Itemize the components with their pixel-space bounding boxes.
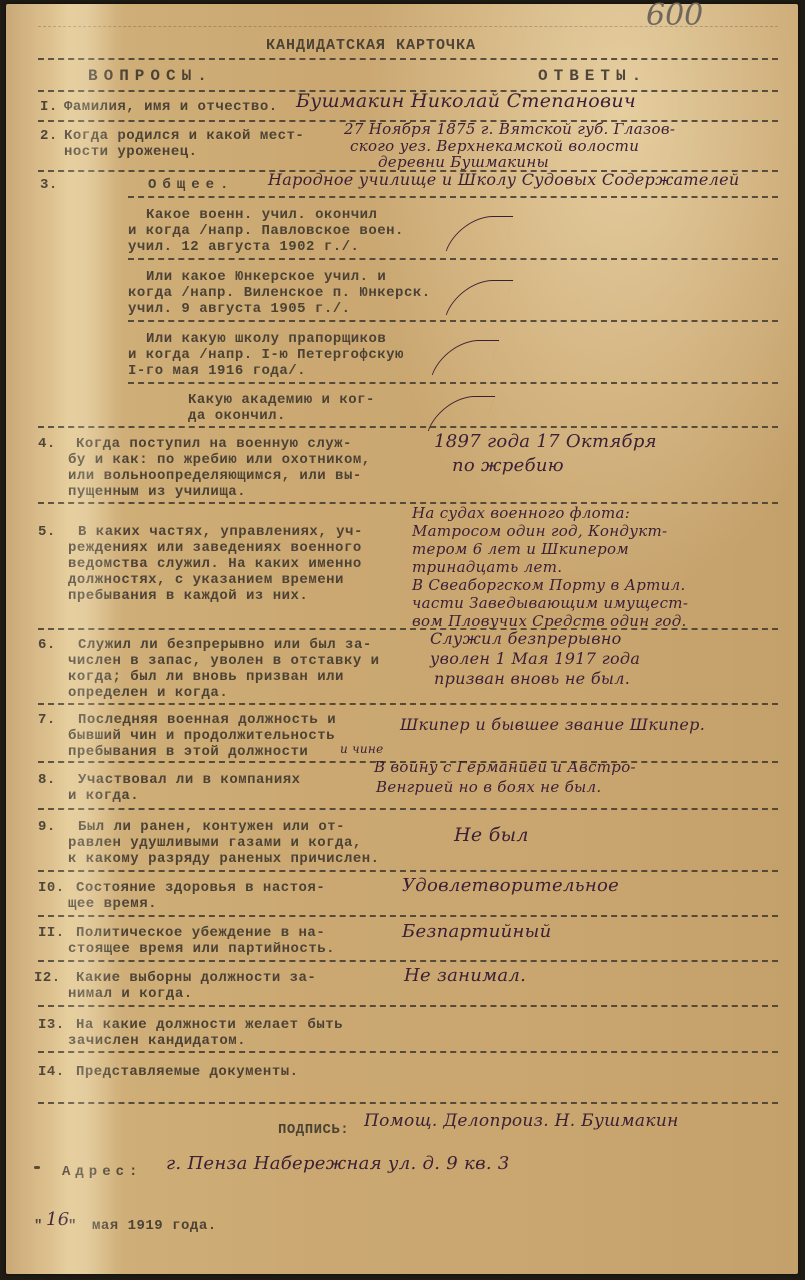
divider (38, 1005, 778, 1007)
item-3-question: Общее. (148, 177, 234, 193)
item-6-question-line: Служил ли безпрерывно или был за- (78, 637, 372, 653)
item-7-number: 7. (38, 712, 56, 728)
item-11-answer: Безпартийный (402, 922, 552, 941)
item-3b-question-line: Или какое Юнкерское учил. и (146, 269, 386, 285)
item-5-question-line: должностях, с указанием времени (68, 572, 344, 588)
item-8-question-line: Участвовал ли в компаниях (78, 772, 301, 788)
item-3-number: 3. (40, 177, 58, 193)
item-3a-question-line: учил. 12 августа 1902 г./. (128, 239, 359, 255)
item-14-question: Представляемые документы. (76, 1064, 299, 1080)
folio-number: 600 (646, 0, 703, 33)
item-5-number: 5. (38, 524, 56, 540)
item-4-answer-line: по жребию (452, 456, 564, 475)
divider (38, 808, 778, 810)
item-5-question-line: В каких частях, управлениях, уч- (78, 524, 363, 540)
divider (38, 915, 778, 917)
item-10-question-line: щее время. (68, 896, 157, 912)
item-9-number: 9. (38, 819, 56, 835)
questions-header: ВОПРОСЫ. (88, 68, 213, 84)
item-5-answer-line: части Заведывающим имущест- (412, 594, 688, 613)
item-7-question-line: Последняя военная должность и (78, 712, 336, 728)
item-5-answer-line: На судах военного флота: (412, 504, 630, 522)
dash-mark-icon (446, 216, 514, 251)
item-8-answer-line: Венгрией но в боях не был. (376, 778, 601, 797)
item-12-number: I2. (34, 970, 61, 986)
item-13-number: I3. (38, 1017, 65, 1033)
item-9-question-line: к какому разряду раненых причислен. (68, 851, 380, 867)
item-7-question-line: бывший чин и продолжительность (68, 728, 335, 744)
item-2-number: 2. (40, 128, 58, 144)
item-11-question-line: Политическое убеждение в на- (76, 925, 325, 941)
divider (38, 1102, 778, 1104)
divider (38, 426, 778, 428)
item-3c-question-line: Или какую школу прапорщиков (146, 331, 386, 347)
item-6-answer-line: Служил безпрерывно (430, 629, 622, 648)
dash-mark-icon (432, 340, 500, 375)
item-3a-question-line: и когда /напр. Павловское воен. (128, 223, 404, 239)
item-8-question-line: и когда. (68, 788, 139, 804)
item-4-question-line: Когда поступил на военную служ- (76, 436, 352, 452)
item-1-number: I. (40, 99, 58, 115)
item-3d-question-line: Какую академию и ког- (188, 392, 375, 408)
item-5-answer-line: Матросом один год, Кондукт- (412, 522, 667, 541)
item-3b-question-line: учил. 9 августа 1905 г./. (128, 301, 351, 317)
document-page: 600 КАНДИДАТСКАЯ КАРТОЧКА ВОПРОСЫ. ОТВЕТ… (6, 4, 798, 1274)
item-8-number: 8. (38, 772, 56, 788)
item-4-question-line: или вольноопределяющимся, или вы- (68, 468, 362, 484)
item-5-answer-line: В Свеаборгском Порту в Артил. (412, 576, 686, 595)
item-14-number: I4. (38, 1064, 65, 1080)
address-label: Адрес: (62, 1164, 142, 1180)
signature-label: ПОДПИСЬ: (278, 1122, 349, 1138)
date-day: 16 (46, 1210, 70, 1229)
item-10-question-line: Состояние здоровья в настоя- (76, 880, 325, 896)
item-2-question-line: ности уроженец. (64, 144, 198, 160)
item-1-question: Фамилия, имя и отчество. (64, 99, 278, 115)
item-10-answer: Удовлетворительное (402, 876, 619, 895)
item-4-number: 4. (38, 436, 56, 452)
item-11-question-line: стоящее время или партийность. (68, 941, 335, 957)
divider (128, 382, 778, 384)
divider (38, 502, 778, 504)
divider (38, 870, 778, 872)
item-3b-question-line: когда /напр. Виленское п. Юнкерск. (128, 285, 431, 301)
item-5-answer-line: тером 6 лет и Шкипером (412, 540, 629, 559)
item-7-answer: Шкипер и бывшее звание Шкипер. (400, 715, 705, 734)
item-2-question-line: Когда родился и какой мест- (64, 128, 304, 144)
item-11-number: II. (38, 925, 65, 941)
item-3c-question-line: и когда /напр. I-ю Петергофскую (128, 347, 404, 363)
item-5-question-line: реждениях или заведениях военного (68, 540, 362, 556)
item-6-question-line: определен и когда. (68, 685, 228, 701)
divider (128, 320, 778, 322)
date-quote-open: " (34, 1218, 43, 1234)
signature-value: Помощ. Делопроиз. Н. Бушмакин (364, 1112, 679, 1131)
date-quote-close: " (68, 1218, 77, 1234)
item-6-question-line: числен в запас, уволен в отставку и (68, 653, 380, 669)
item-3c-question-line: I-го мая 1916 года/. (128, 363, 306, 379)
item-8-answer-line: В войну с Германией и Австро- (374, 758, 636, 777)
divider (38, 1051, 778, 1053)
page-title: КАНДИДАТСКАЯ КАРТОЧКА (266, 38, 476, 54)
divider (128, 258, 778, 260)
item-4-answer-line: 1897 года 17 Октября (434, 432, 657, 451)
item-9-answer: Не был (454, 826, 529, 845)
item-13-question-line: На какие должности желает быть (76, 1017, 343, 1033)
item-6-answer-line: уволен 1 Мая 1917 года (430, 649, 640, 668)
item-7-question-line: пребывания в этой должности (68, 744, 308, 760)
divider (38, 703, 778, 705)
divider (128, 196, 778, 198)
item-10-number: I0. (38, 880, 65, 896)
item-9-question-line: равлен удушливыми газами и когда, (68, 835, 362, 851)
divider (38, 628, 778, 630)
item-7-question-handwritten-suffix: и чине (340, 740, 384, 759)
item-13-question-line: зачислен кандидатом. (68, 1033, 246, 1049)
divider (38, 58, 778, 60)
item-3a-question-line: Какое военн. учил. окончил (146, 207, 377, 223)
divider (38, 26, 778, 27)
item-4-question-line: пущенным из училища. (68, 484, 246, 500)
item-12-answer: Не занимал. (404, 966, 526, 985)
item-12-question-line: Какие выборны должности за- (76, 970, 316, 986)
item-6-answer-line: призван вновь не был. (434, 669, 630, 688)
item-4-question-line: бу и как: по жребию или охотником, (68, 452, 371, 468)
divider (38, 960, 778, 962)
address-value: г. Пенза Набережная ул. д. 9 кв. 3 (166, 1154, 510, 1173)
item-3-answer: Народное училище и Школу Судовых Содержа… (268, 170, 740, 189)
item-5-question-line: ведомства служил. На каких именно (68, 556, 362, 572)
item-12-question-line: нимал и когда. (68, 986, 193, 1002)
item-5-question-line: пребывания в каждой из них. (68, 588, 308, 604)
item-6-question-line: когда; был ли вновь призван или (68, 669, 344, 685)
punch-mark (34, 1166, 40, 1169)
item-9-question-line: Был ли ранен, контужен или от- (78, 819, 345, 835)
item-3d-question-line: да окончил. (188, 408, 286, 424)
answers-header: ОТВЕТЫ. (538, 68, 647, 84)
date-rest: мая 1919 года. (92, 1218, 217, 1234)
item-5-answer-line: тринадцать лет. (412, 558, 562, 577)
item-6-number: 6. (38, 637, 56, 653)
dash-mark-icon (446, 280, 514, 315)
item-1-answer: Бушмакин Николай Степанович (296, 92, 636, 111)
